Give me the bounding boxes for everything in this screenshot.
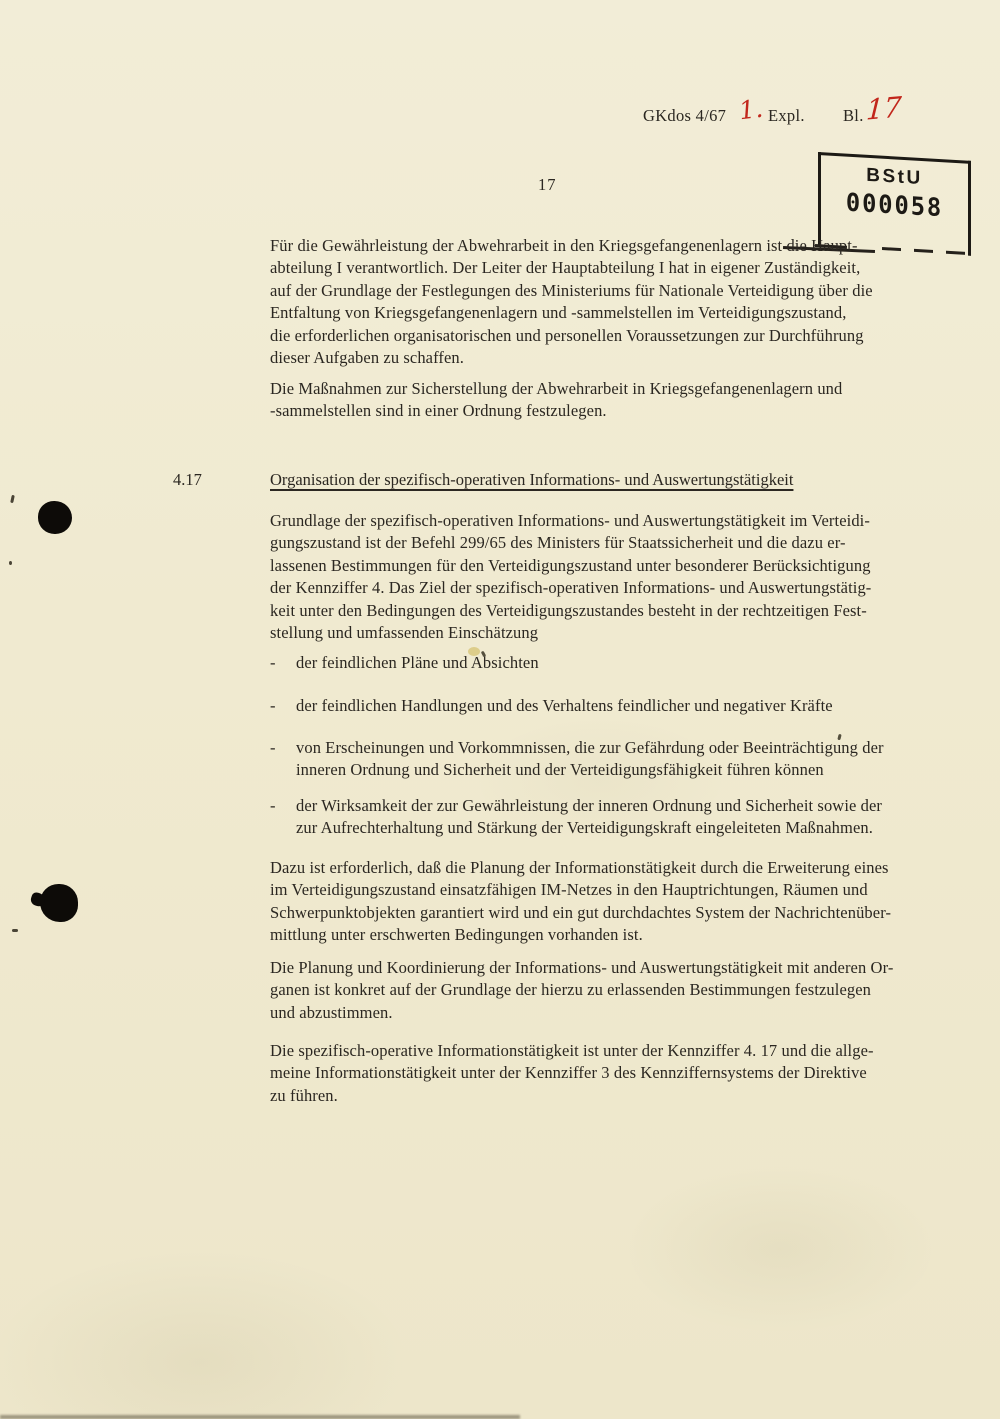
header-classification: GKdos 4/67 — [643, 106, 726, 126]
list-item: - der feindlichen Pläne und Absichten — [270, 652, 940, 674]
ink-blot-mark — [40, 884, 78, 922]
bullet-marker: - — [270, 795, 296, 840]
section-number: 4.17 — [173, 470, 202, 490]
handwritten-copy-number: 1. — [737, 94, 764, 126]
ink-blot-mark — [38, 501, 72, 534]
page-number: 17 — [538, 175, 557, 195]
bullet-marker: - — [270, 737, 296, 782]
paragraph-massnahmen: Die Maßnahmen zur Sicherstellung der Abw… — [270, 378, 932, 423]
paragraph-planung-koordinierung: Die Planung und Koordinierung der Inform… — [270, 957, 932, 1024]
ink-speck — [10, 495, 15, 503]
stamp-serial-number: 000058 — [825, 186, 965, 223]
bullet-marker: - — [270, 695, 296, 717]
paper-stain — [468, 647, 480, 656]
handwritten-sheet-number: 17 — [865, 90, 902, 126]
bullet-text: der feindlichen Handlungen und des Verha… — [296, 695, 833, 717]
ink-speck — [9, 561, 12, 565]
list-item: - der feindlichen Handlungen und des Ver… — [270, 695, 940, 717]
header-copy-label: Expl. — [768, 106, 805, 126]
paragraph-dazu-erforderlich: Dazu ist erforderlich, daß die Planung d… — [270, 857, 932, 947]
paragraph-grundlage: Grundlage der spezifisch-operativen Info… — [270, 510, 932, 644]
bullet-text: der Wirksamkeit der zur Gewährleistung d… — [296, 795, 882, 840]
paragraph-abwehrarbeit: Für die Gewährleistung der Abwehrarbeit … — [270, 235, 932, 369]
list-item: - der Wirksamkeit der zur Gewährleistung… — [270, 795, 940, 840]
header-sheet-label: Bl. — [843, 106, 864, 126]
document-page: GKdos 4/67 1. Expl. Bl. 17 17 BStU 00005… — [0, 0, 1000, 1419]
bullet-text: der feindlichen Pläne und Absichten — [296, 652, 539, 674]
bullet-marker: - — [270, 652, 296, 674]
scan-edge-shadow — [0, 1415, 520, 1419]
ink-speck — [12, 929, 18, 932]
paragraph-kennziffer: Die spezifisch-operative Informationstät… — [270, 1040, 932, 1107]
section-title: Organisation der spezifisch-operativen I… — [270, 470, 932, 490]
bullet-text: von Erscheinungen und Vorkommnissen, die… — [296, 737, 884, 782]
list-item: - von Erscheinungen und Vorkommnissen, d… — [270, 737, 940, 782]
